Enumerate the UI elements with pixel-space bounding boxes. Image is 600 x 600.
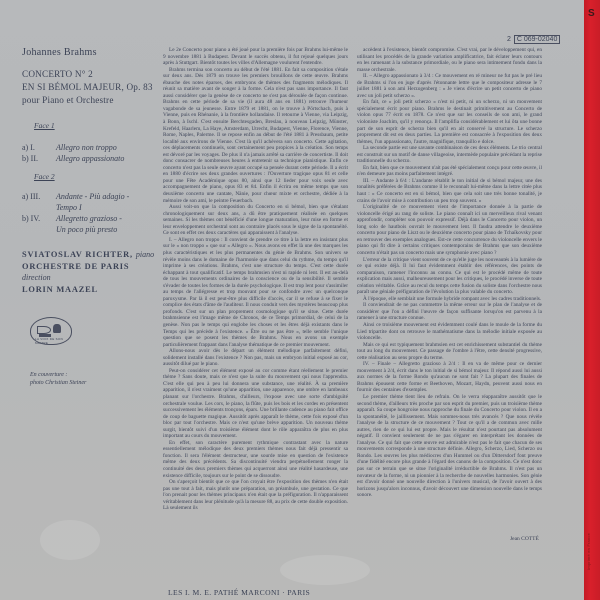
liner-note-paragraph: Allons-nous avoir dès le départ un éléme…: [163, 348, 348, 368]
work-title-line: pour Piano et Orchestre: [22, 94, 157, 107]
work-title-line: CONCERTO N° 2: [22, 68, 157, 81]
liner-notes-column-2: accèdent à l'existence, bientôt compromi…: [357, 47, 542, 499]
author-signature: Jean COTTÉ: [510, 536, 539, 542]
liner-note-paragraph: L'originalité de ce mouvement vient de l…: [357, 204, 542, 256]
spine-red-strip: S Imprimé en France: [584, 0, 600, 600]
soloist-role: piano: [136, 250, 154, 259]
track-title: Allegro appassionato: [56, 153, 124, 164]
catalog-number: 2 C 069-02040: [507, 36, 560, 43]
publisher-footer: LES I. M. E. PATHÉ MARCONI · PARIS: [168, 588, 310, 597]
liner-notes-column-1: Le 2e Concerto pour piano a été joué pou…: [163, 47, 348, 512]
liner-note-paragraph: Aussi voit-on que la composition du Conc…: [163, 204, 348, 237]
cover-credit-line: photo Christian Steiner: [30, 379, 157, 387]
track: b) II. Allegro appassionato: [22, 153, 157, 164]
track: a) III. Andante - Più adagio -: [22, 191, 157, 202]
composer-name: Johannes Brahms: [22, 47, 157, 58]
track-continuation: Un poco più presto: [22, 224, 157, 235]
track-title: Allegretto grazioso -: [56, 213, 122, 224]
conductor-name: LORIN MAAZEL: [22, 284, 157, 296]
logo-caption: LA VOIX DE SON MAITRE: [35, 337, 71, 345]
direction-label: direction: [22, 272, 157, 284]
track-listing-column: Johannes Brahms CONCERTO N° 2 EN SI BÉMO…: [22, 47, 157, 387]
face-1-label: Face 1: [34, 121, 157, 130]
liner-note-paragraph: IV. – Finale – Allegretto grazioso à 2/4…: [357, 361, 542, 394]
face-2-tracks: a) III. Andante - Più adagio - Tempo I b…: [22, 191, 157, 235]
liner-note-paragraph: II. – Allegro appassionato à 3/4 : Ce mo…: [357, 73, 542, 99]
liner-note-paragraph: Le premier thème tient lieu de refrain. …: [357, 394, 542, 499]
track-number: b) II.: [22, 153, 56, 164]
performers: SVIATOSLAV RICHTER, piano ORCHESTRE DE P…: [22, 249, 157, 295]
work-title: CONCERTO N° 2 EN SI BÉMOL MAJEUR, Op. 83…: [22, 68, 157, 107]
liner-note-paragraph: Ainsi ce troisième mouvement est évidemm…: [357, 322, 542, 342]
track-continuation: Tempo I: [22, 202, 157, 213]
catalog-prefix: 2: [507, 36, 511, 43]
orchestra-name: ORCHESTRE DE PARIS: [22, 261, 157, 273]
paper-stain: [280, 555, 370, 585]
spine-text: Imprimé en France: [586, 533, 591, 570]
track-title: Allegro non troppo: [56, 142, 117, 153]
paper-stain: [40, 520, 100, 560]
record-sleeve-back: 2 C 069-02040 Johannes Brahms CONCERTO N…: [0, 0, 600, 600]
cover-credit: En couverture : photo Christian Steiner: [30, 371, 157, 387]
track-title: Un poco più presto: [56, 224, 117, 235]
track-number: a) III.: [22, 191, 56, 202]
track-title: Tempo I: [56, 202, 82, 213]
soloist-line: SVIATOSLAV RICHTER, piano: [22, 249, 157, 261]
liner-note-paragraph: III. – Andante à 6/4 : L'andante rétabli…: [357, 178, 542, 204]
liner-note-paragraph: On s'aperçoit bientôt que ce que l'on cr…: [163, 479, 348, 512]
liner-note-paragraph: Il conviendrait de ne pas commettre la m…: [357, 302, 542, 322]
track-number: a) I.: [22, 142, 56, 153]
catalog-number-box: C 069-02040: [514, 35, 560, 44]
liner-note-paragraph: Mais ce qui est typiquement brahmsien es…: [357, 342, 542, 362]
track-title: Andante - Più adagio -: [56, 191, 129, 202]
soloist-name: SVIATOSLAV RICHTER,: [22, 250, 133, 259]
work-title-line: EN SI BÉMOL MAJEUR, Op. 83: [22, 81, 157, 94]
liner-note-paragraph: En effet, son caractère purement rythmiq…: [163, 440, 348, 479]
track: b) IV. Allegretto grazioso -: [22, 213, 157, 224]
track: a) I. Allegro non troppo: [22, 142, 157, 153]
track-number: b) IV.: [22, 213, 56, 224]
face-1-tracks: a) I. Allegro non troppo b) II. Allegro …: [22, 142, 157, 164]
liner-note-paragraph: L'erreur de la critique vient souvent de…: [357, 257, 542, 296]
dog-icon: [53, 324, 61, 333]
cover-credit-line: En couverture :: [30, 371, 157, 379]
liner-note-paragraph: En fait, ce « joli petit scherzo » n'est…: [357, 99, 542, 145]
liner-note-paragraph: Peut-on considérer cet élément exposé au…: [163, 368, 348, 440]
spine-letter: S: [588, 8, 595, 19]
his-masters-voice-logo-icon: LA VOIX DE SON MAITRE: [30, 317, 72, 345]
liner-note-paragraph: La seconde partie est une savante combin…: [357, 145, 542, 165]
liner-note-paragraph: Le 2e Concerto pour piano a été joué pou…: [163, 47, 348, 67]
liner-note-paragraph: accèdent à l'existence, bientôt compromi…: [357, 47, 542, 73]
liner-note-paragraph: En fait, bien que ce mouvement n'ait pas…: [357, 165, 542, 178]
gramophone-icon: [37, 326, 51, 334]
liner-note-paragraph: Brahms termina son concerto au début de …: [163, 67, 348, 204]
liner-note-paragraph: I. – Allegro non troppo : Il convient de…: [163, 237, 348, 348]
face-2-label: Face 2: [34, 172, 157, 181]
